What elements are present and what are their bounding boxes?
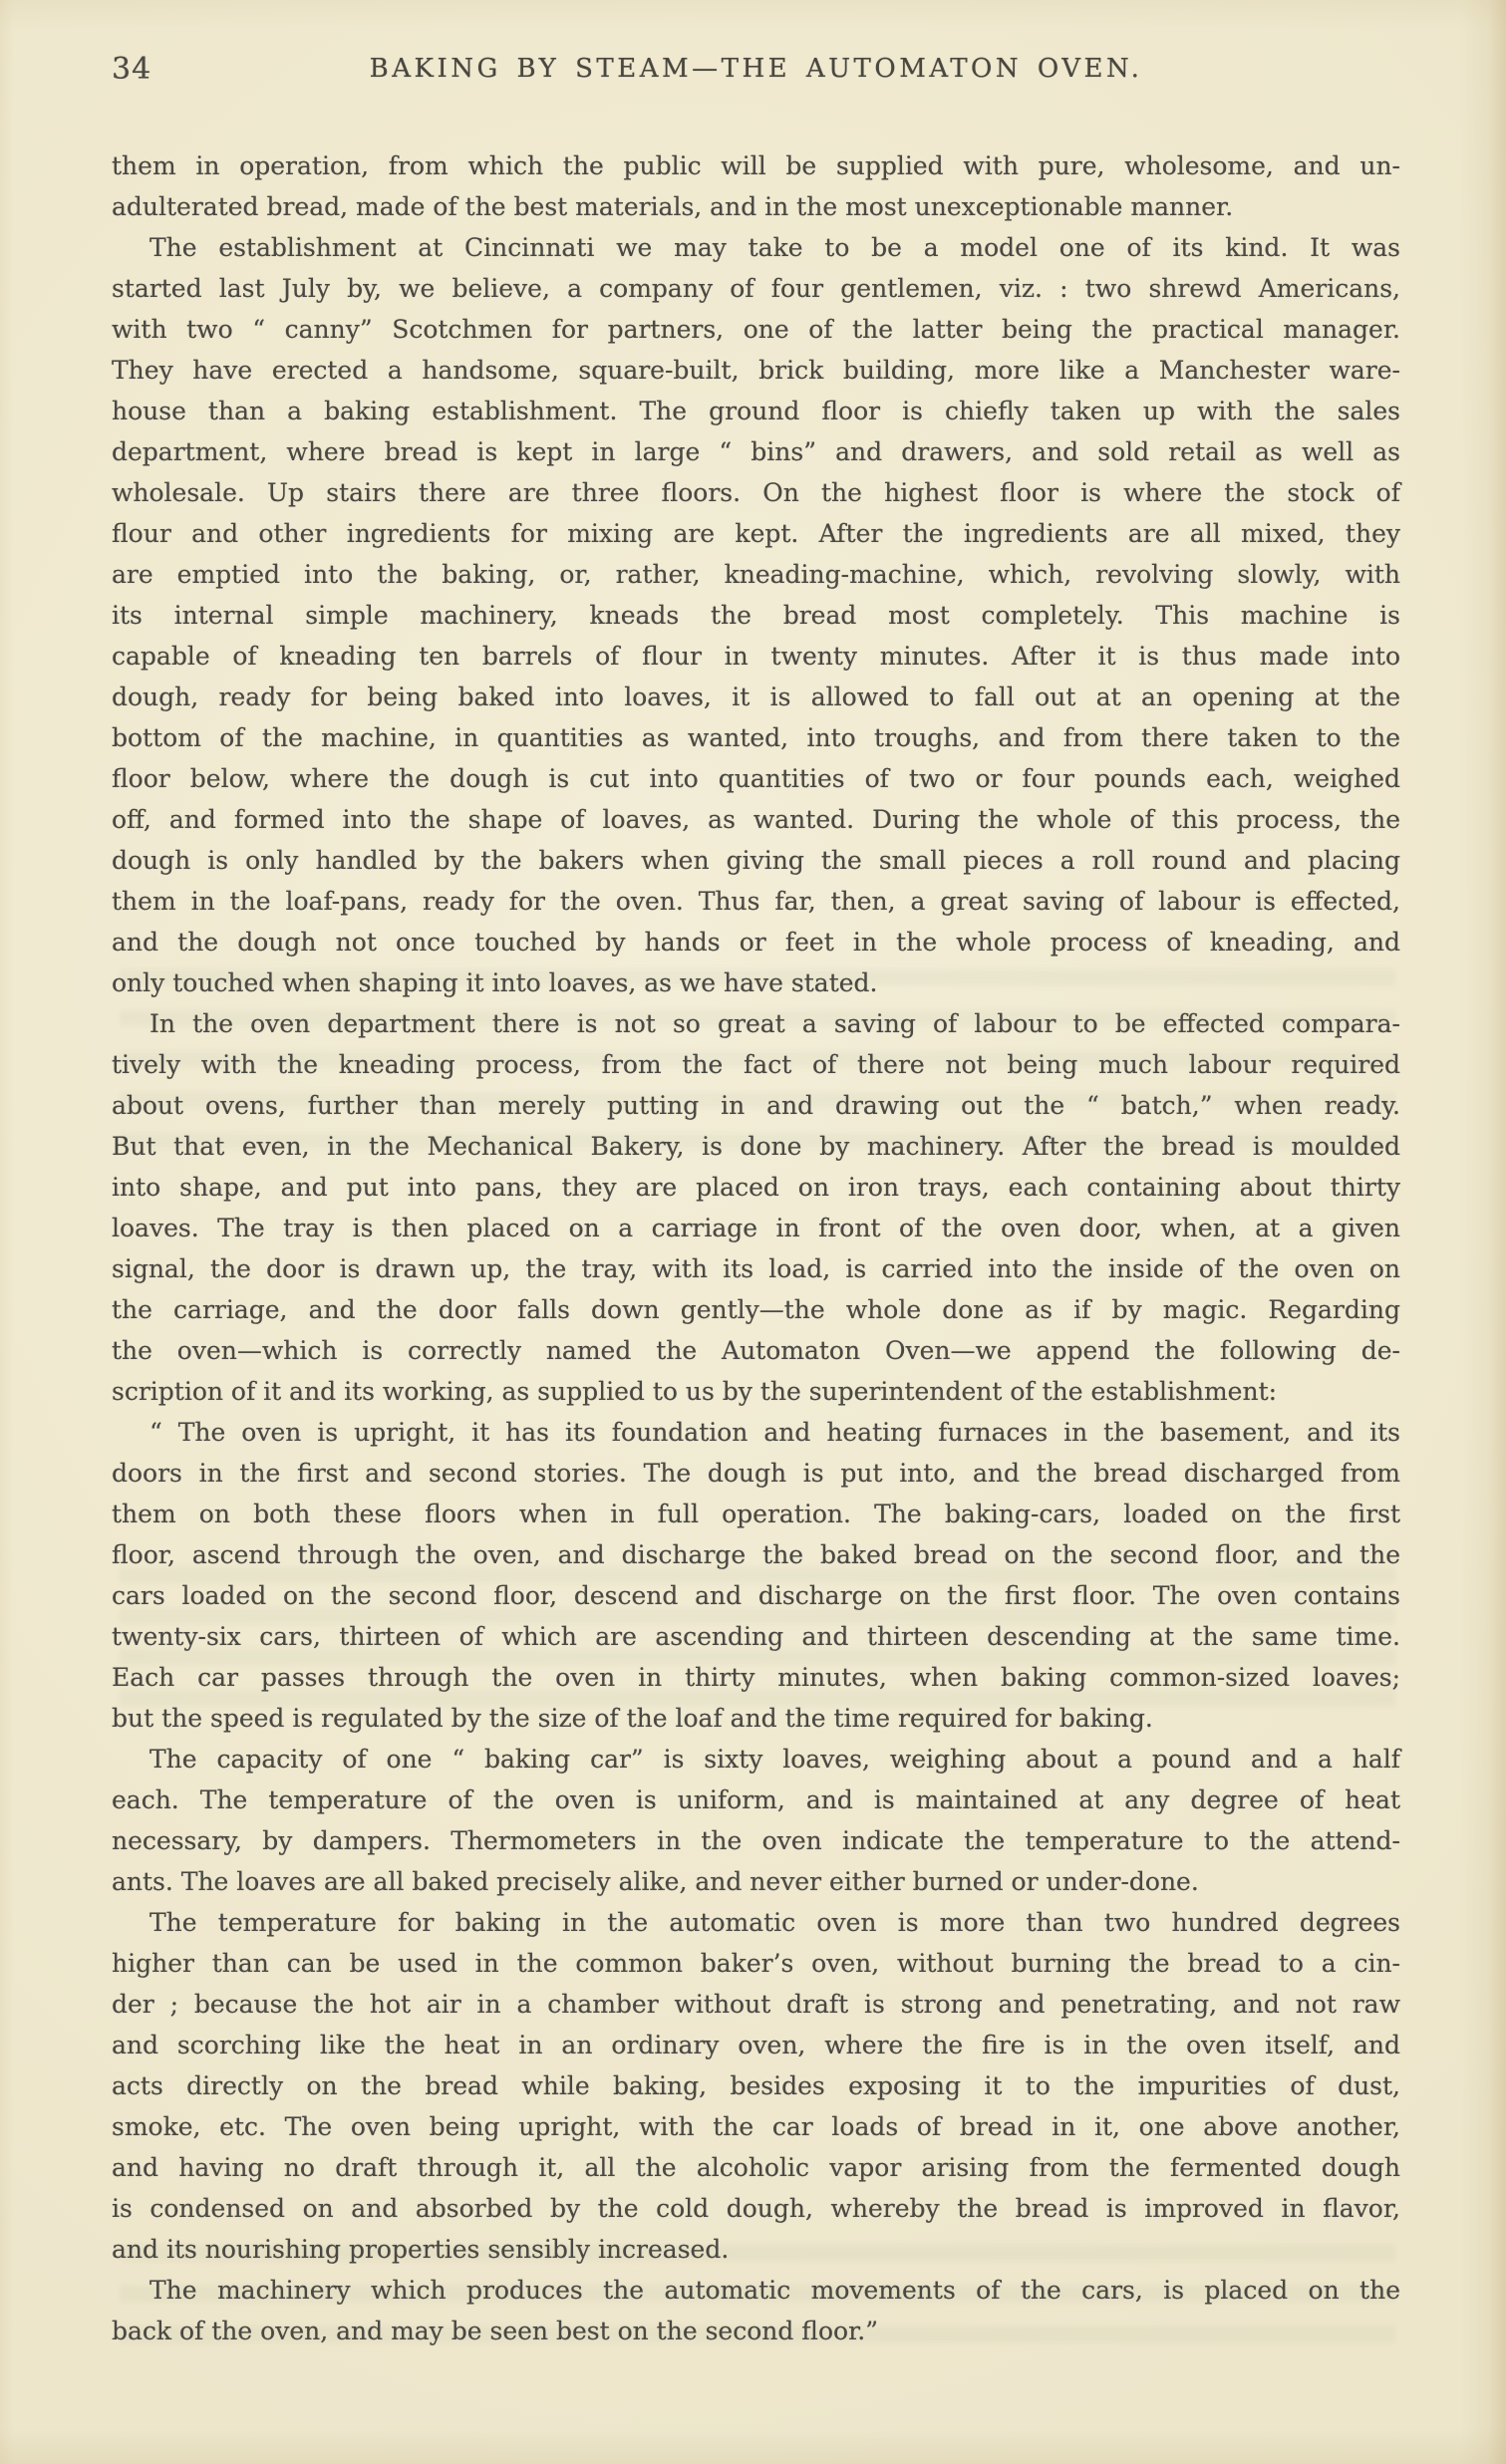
text-line: its internal simple machinery, kneads th… [112,595,1400,636]
text-line: bottom of the machine, in quantities as … [112,717,1400,758]
text-line: the oven—which is correctly named the Au… [112,1330,1400,1371]
paragraph: The machinery which produces the automat… [112,2270,1400,2351]
text-line: Each car passes through the oven in thir… [112,1657,1400,1698]
text-line: floor, ascend through the oven, and disc… [112,1534,1400,1575]
text-line: only touched when shaping it into loaves… [112,962,1400,1003]
text-line: They have erected a handsome, square-bui… [112,350,1400,391]
text-line: smoke, etc. The oven being upright, with… [112,2106,1400,2147]
text-line: The temperature for baking in the automa… [112,1902,1400,1943]
text-line: signal, the door is drawn up, the tray, … [112,1248,1400,1289]
text-line: is condensed on and absorbed by the cold… [112,2188,1400,2229]
text-line: the carriage, and the door falls down ge… [112,1289,1400,1330]
paragraph: The establishment at Cincinnati we may t… [112,227,1400,1003]
text-line: But that even, in the Mechanical Bakery,… [112,1126,1400,1167]
text-line: into shape, and put into pans, they are … [112,1167,1400,1208]
text-line: In the oven department there is not so g… [112,1003,1400,1044]
text-line: wholesale. Up stairs there are three flo… [112,472,1400,513]
text-line: capable of kneading ten barrels of flour… [112,636,1400,677]
paragraph: The capacity of one “ baking car” is six… [112,1739,1400,1902]
text-line: them in the loaf-pans, ready for the ove… [112,881,1400,922]
text-line: started last July by, we believe, a comp… [112,268,1400,309]
page-body: them in operation, from which the public… [112,145,1400,2351]
text-line: department, where bread is kept in large… [112,431,1400,472]
text-line: floor below, where the dough is cut into… [112,758,1400,799]
paragraph: “ The oven is upright, it has its founda… [112,1412,1400,1739]
text-line: doors in the first and second stories. T… [112,1453,1400,1494]
paragraph: The temperature for baking in the automa… [112,1902,1400,2270]
text-line: and the dough not once touched by hands … [112,922,1400,962]
text-line: The capacity of one “ baking car” is six… [112,1739,1400,1780]
text-line: The machinery which produces the automat… [112,2270,1400,2311]
paragraph: In the oven department there is not so g… [112,1003,1400,1412]
text-line: The establishment at Cincinnati we may t… [112,227,1400,268]
text-line: scription of it and its working, as supp… [112,1371,1400,1412]
running-header-title: BAKING BY STEAM—THE AUTOMATON OVEN. [112,54,1400,84]
text-line: cars loaded on the second floor, descend… [112,1575,1400,1616]
text-line: about ovens, further than merely putting… [112,1085,1400,1126]
text-line: der ; because the hot air in a chamber w… [112,1984,1400,2025]
running-header: 34 BAKING BY STEAM—THE AUTOMATON OVEN. [112,52,1400,88]
paragraph: them in operation, from which the public… [112,145,1400,227]
text-line: “ The oven is upright, it has its founda… [112,1412,1400,1453]
text-line: and having no draft through it, all the … [112,2147,1400,2188]
text-line: with two “ canny” Scotchmen for partners… [112,309,1400,350]
text-line: each. The temperature of the oven is uni… [112,1780,1400,1820]
book-page: 34 BAKING BY STEAM—THE AUTOMATON OVEN. t… [0,0,1506,2464]
text-line: are emptied into the baking, or, rather,… [112,554,1400,595]
text-line: but the speed is regulated by the size o… [112,1698,1400,1739]
text-line: adulterated bread, made of the best mate… [112,186,1400,227]
text-line: and scorching like the heat in an ordina… [112,2025,1400,2065]
text-line: twenty-six cars, thirteen of which are a… [112,1616,1400,1657]
text-line: higher than can be used in the common ba… [112,1943,1400,1984]
text-line: tively with the kneading process, from t… [112,1044,1400,1085]
text-line: flour and other ingredients for mixing a… [112,513,1400,554]
text-line: them on both these floors when in full o… [112,1494,1400,1534]
text-line: them in operation, from which the public… [112,145,1400,186]
text-line: house than a baking establishment. The g… [112,391,1400,431]
text-line: acts directly on the bread while baking,… [112,2065,1400,2106]
text-line: loaves. The tray is then placed on a car… [112,1208,1400,1248]
text-line: off, and formed into the shape of loaves… [112,799,1400,840]
text-line: and its nourishing properties sensibly i… [112,2229,1400,2270]
text-line: back of the oven, and may be seen best o… [112,2311,1400,2351]
text-line: necessary, by dampers. Thermometers in t… [112,1820,1400,1861]
text-line: dough is only handled by the bakers when… [112,840,1400,881]
text-line: dough, ready for being baked into loaves… [112,677,1400,717]
text-line: ants. The loaves are all baked precisely… [112,1861,1400,1902]
